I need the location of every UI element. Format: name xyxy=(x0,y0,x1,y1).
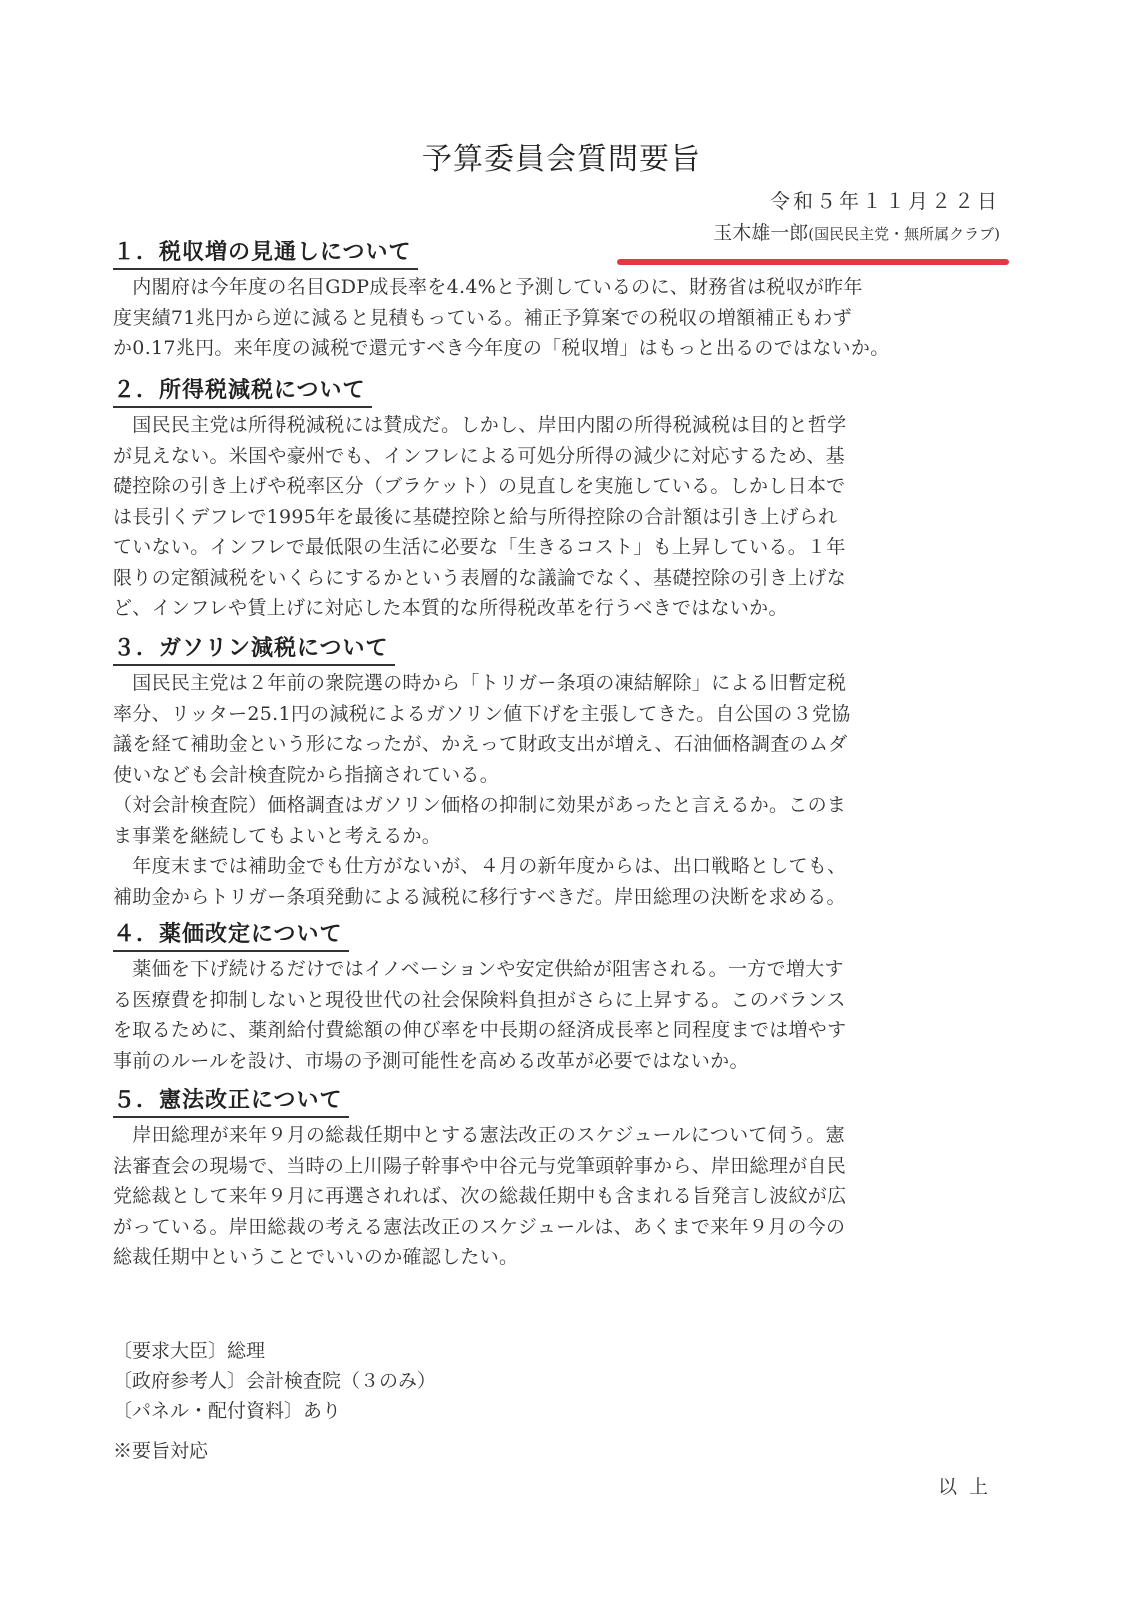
body-line: 限りの定額減税をいくらにするかという表層的な議論でなく、基礎控除の引き上げな xyxy=(113,563,1013,594)
document-page: 予算委員会質問要旨 令和５年１１月２２日 玉木雄一郎(国民民主党・無所属クラブ)… xyxy=(0,0,1123,1618)
section-1: １．税収増の見通しについて 内閣府は今年度の名目GDP成長率を4.4%と予測して… xyxy=(113,238,1013,364)
required-minister: 〔要求大臣〕総理 xyxy=(113,1336,436,1366)
body-line: 議を経て補助金という形になったが、かえって財政支出が増え、石油価格調査のムダ xyxy=(113,729,1013,760)
body-line: がっている。岸田総裁の考える憲法改正のスケジュールは、あくまで来年９月の今の xyxy=(113,1212,1013,1243)
section-body: 国民民主党は所得税減税には賛成だ。しかし、岸田内閣の所得税減税は目的と哲学 が見… xyxy=(113,410,1013,624)
body-line: 国民民主党は２年前の衆院選の時から「トリガー条項の凍結解除」による旧暫定税 xyxy=(113,668,1013,699)
document-title: 予算委員会質問要旨 xyxy=(0,134,1123,178)
government-witness: 〔政府参考人〕会計検査院（３のみ） xyxy=(113,1366,436,1396)
body-line: が見えない。米国や豪州でも、インフレによる可処分所得の減少に対応するため、基 xyxy=(113,441,1013,472)
body-line: 事前のルールを設け、市場の予測可能性を高める改革が必要ではないか。 xyxy=(113,1046,1013,1077)
body-line: か0.17兆円。来年度の減税で還元すべき今年度の「税収増」はもっと出るのではない… xyxy=(113,333,1013,364)
summary-note: ※要旨対応 xyxy=(113,1436,208,1463)
body-line: を取るために、薬剤給付費総額の伸び率を中長期の経済成長率と同程度までは増やす xyxy=(113,1015,1013,1046)
body-line: 岸田総理が来年９月の総裁任期中とする憲法改正のスケジュールについて伺う。憲 xyxy=(113,1120,1013,1151)
section-3: ３．ガソリン減税について 国民民主党は２年前の衆院選の時から「トリガー条項の凍結… xyxy=(113,634,1013,912)
body-line: ま事業を継続してもよいと考えるか。 xyxy=(113,821,1013,852)
section-heading: ２．所得税減税について xyxy=(113,376,372,408)
body-line: ど、インフレや賃上げに対応した本質的な所得税改革を行うべきではないか。 xyxy=(113,593,1013,624)
section-heading: １．税収増の見通しについて xyxy=(113,238,418,270)
section-5: ５．憲法改正について 岸田総理が来年９月の総裁任期中とする憲法改正のスケジュール… xyxy=(113,1086,1013,1273)
section-body: 岸田総理が来年９月の総裁任期中とする憲法改正のスケジュールについて伺う。憲 法審… xyxy=(113,1120,1013,1273)
section-2: ２．所得税減税について 国民民主党は所得税減税には賛成だ。しかし、岸田内閣の所得… xyxy=(113,376,1013,624)
body-line: 法審査会の現場で、当時の上川陽子幹事や中谷元与党筆頭幹事から、岸田総理が自民 xyxy=(113,1151,1013,1182)
body-line: 党総裁として来年９月に再選されれば、次の総裁任期中も含まれる旨発言し波紋が広 xyxy=(113,1181,1013,1212)
body-line: 度実績71兆円から逆に減ると見積もっている。補正予算案での税収の増額補正もわず xyxy=(113,303,1013,334)
body-line: 礎控除の引き上げや税率区分（ブラケット）の見直しを実施している。しかし日本で xyxy=(113,471,1013,502)
body-line: 薬価を下げ続けるだけではイノベーションや安定供給が阻害される。一方で増大す xyxy=(113,954,1013,985)
body-line: 補助金からトリガー条項発動による減税に移行すべきだ。岸田総理の決断を求める。 xyxy=(113,882,1013,913)
panel-materials: 〔パネル・配付資料〕あり xyxy=(113,1396,436,1426)
body-line: 内閣府は今年度の名目GDP成長率を4.4%と予測しているのに、財務省は税収が昨年 xyxy=(113,272,1013,303)
body-line: ていない。インフレで最低限の生活に必要な「生きるコスト」も上昇している。１年 xyxy=(113,532,1013,563)
section-heading: ３．ガソリン減税について xyxy=(113,634,395,666)
section-body: 国民民主党は２年前の衆院選の時から「トリガー条項の凍結解除」による旧暫定税 率分… xyxy=(113,668,1013,912)
body-line: （対会計検査院）価格調査はガソリン価格の抑制に効果があったと言えるか。このま xyxy=(113,790,1013,821)
body-line: 使いなども会計検査院から指摘されている。 xyxy=(113,760,1013,791)
document-date: 令和５年１１月２２日 xyxy=(770,185,1000,214)
section-body: 内閣府は今年度の名目GDP成長率を4.4%と予測しているのに、財務省は税収が昨年… xyxy=(113,272,1013,364)
section-heading: ５．憲法改正について xyxy=(113,1086,349,1118)
closing-mark: 以上 xyxy=(938,1472,1000,1499)
body-line: 総裁任期中ということでいいのか確認したい。 xyxy=(113,1242,1013,1273)
body-line: る医療費を抑制しないと現役世代の社会保険料負担がさらに上昇する。このバランス xyxy=(113,985,1013,1016)
body-line: 年度末までは補助金でも仕方がないが、４月の新年度からは、出口戦略としても、 xyxy=(113,851,1013,882)
request-meta: 〔要求大臣〕総理 〔政府参考人〕会計検査院（３のみ） 〔パネル・配付資料〕あり xyxy=(113,1336,436,1426)
body-line: 率分、リッター25.1円の減税によるガソリン値下げを主張してきた。自公国の３党協 xyxy=(113,699,1013,730)
body-line: は長引くデフレで1995年を最後に基礎控除と給与所得控除の合計額は引き上げられ xyxy=(113,502,1013,533)
section-body: 薬価を下げ続けるだけではイノベーションや安定供給が阻害される。一方で増大す る医… xyxy=(113,954,1013,1076)
section-heading: ４．薬価改定について xyxy=(113,920,349,952)
section-4: ４．薬価改定について 薬価を下げ続けるだけではイノベーションや安定供給が阻害され… xyxy=(113,920,1013,1076)
body-line: 国民民主党は所得税減税には賛成だ。しかし、岸田内閣の所得税減税は目的と哲学 xyxy=(113,410,1013,441)
